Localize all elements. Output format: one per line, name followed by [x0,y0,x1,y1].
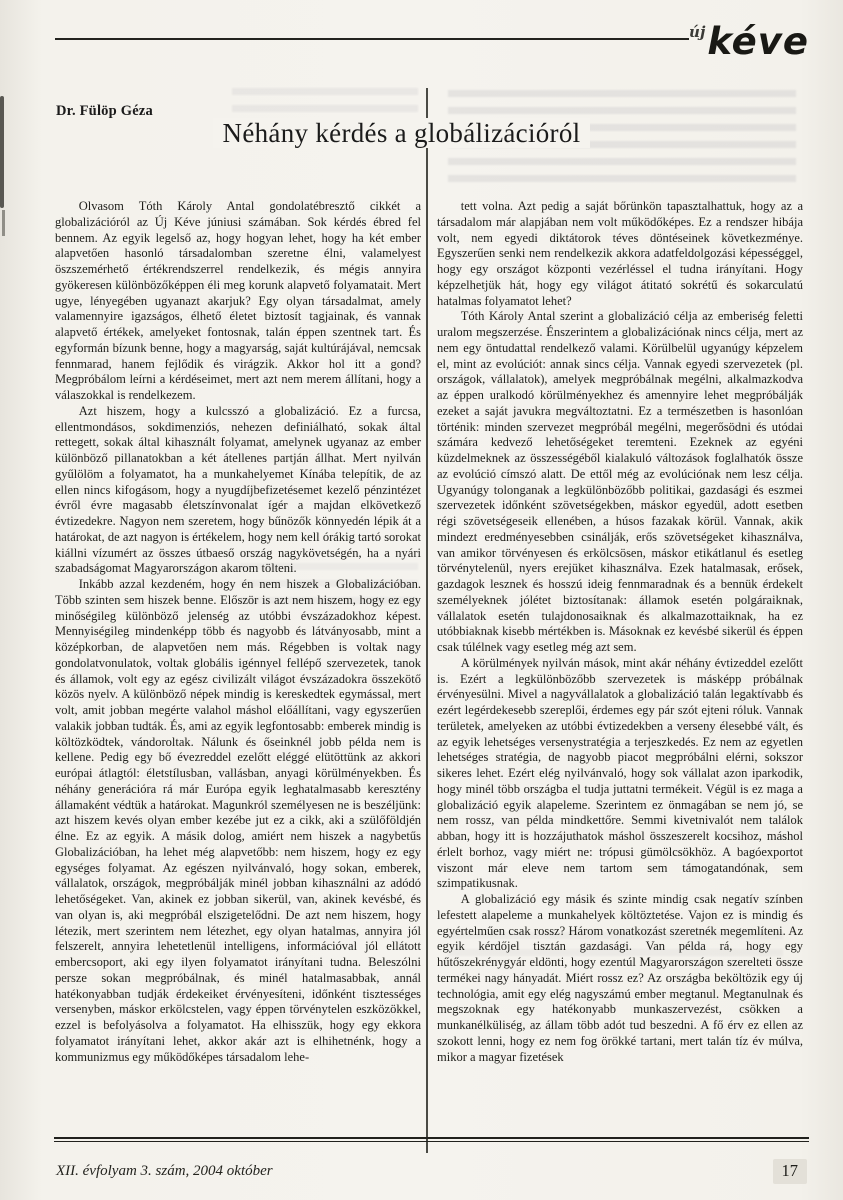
article-paragraph: Inkább azzal kezdeném, hogy én nem hisze… [55,577,421,1065]
article-title: Néhány kérdés a globálizációról [0,118,803,149]
article-paragraph: Tóth Károly Antal szerint a globalizáció… [437,309,803,656]
bleed-through-artifact [232,88,418,114]
page-footer: XII. évfolyam 3. szám, 2004 október 17 [54,1137,809,1184]
logo-prefix: új [689,23,705,41]
footer-double-rule [54,1137,809,1142]
article-paragraph: A körülmények nyilván mások, mint akár n… [437,656,803,892]
issue-info: XII. évfolyam 3. szám, 2004 október [56,1163,273,1180]
right-column: tett volna. Azt pedig a saját bőrünkön t… [437,199,803,1153]
article-body: Olvasom Tóth Károly Antal gondolatébresz… [55,199,803,1153]
scan-edge-artifact [2,210,5,236]
article-paragraph: tett volna. Azt pedig a saját bőrünkön t… [437,199,803,309]
left-column: Olvasom Tóth Károly Antal gondolatébresz… [55,199,421,1153]
scan-edge-artifact [0,96,4,208]
page-number: 17 [773,1159,808,1184]
logo-name: kéve [707,20,809,63]
article-paragraph: Azt hiszem, hogy a kulcsszó a globalizác… [55,404,421,577]
scanned-journal-page: újkéve Dr. Fülöp Géza Néhány kérdés a gl… [0,0,843,1200]
header-rule [55,38,689,40]
article-paragraph: A globalizáció egy másik és szinte mindi… [437,892,803,1065]
article-paragraph: Olvasom Tóth Károly Antal gondolatébresz… [55,199,421,404]
uj-keve-logo: újkéve [691,23,809,60]
page-header: újkéve [55,0,809,56]
